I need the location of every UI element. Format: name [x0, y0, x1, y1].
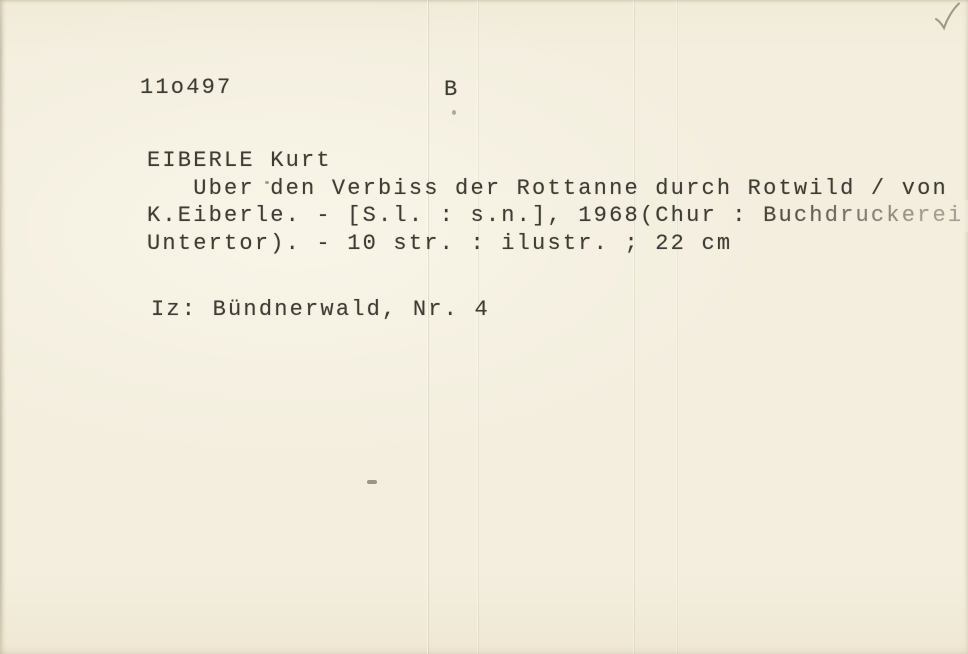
catalog-card: 11o497 B EIBERLE Kurt Uber den Verbiss d…: [0, 0, 968, 654]
section-letter: B: [444, 76, 459, 104]
stray-pencil-dash: [367, 480, 377, 484]
source-note: Iz: Bündnerwald, Nr. 4: [151, 296, 490, 324]
catalog-entry-text: EIBERLE Kurt Uber den Verbiss der Rottan…: [147, 147, 963, 257]
stray-ink-dot: [452, 110, 456, 115]
card-crease: [633, 0, 635, 654]
pencil-checkmark-icon: [932, 1, 962, 33]
call-number: 11o497: [140, 74, 232, 102]
card-crease: [477, 0, 479, 654]
card-crease: [427, 0, 429, 654]
card-crease: [676, 0, 678, 654]
